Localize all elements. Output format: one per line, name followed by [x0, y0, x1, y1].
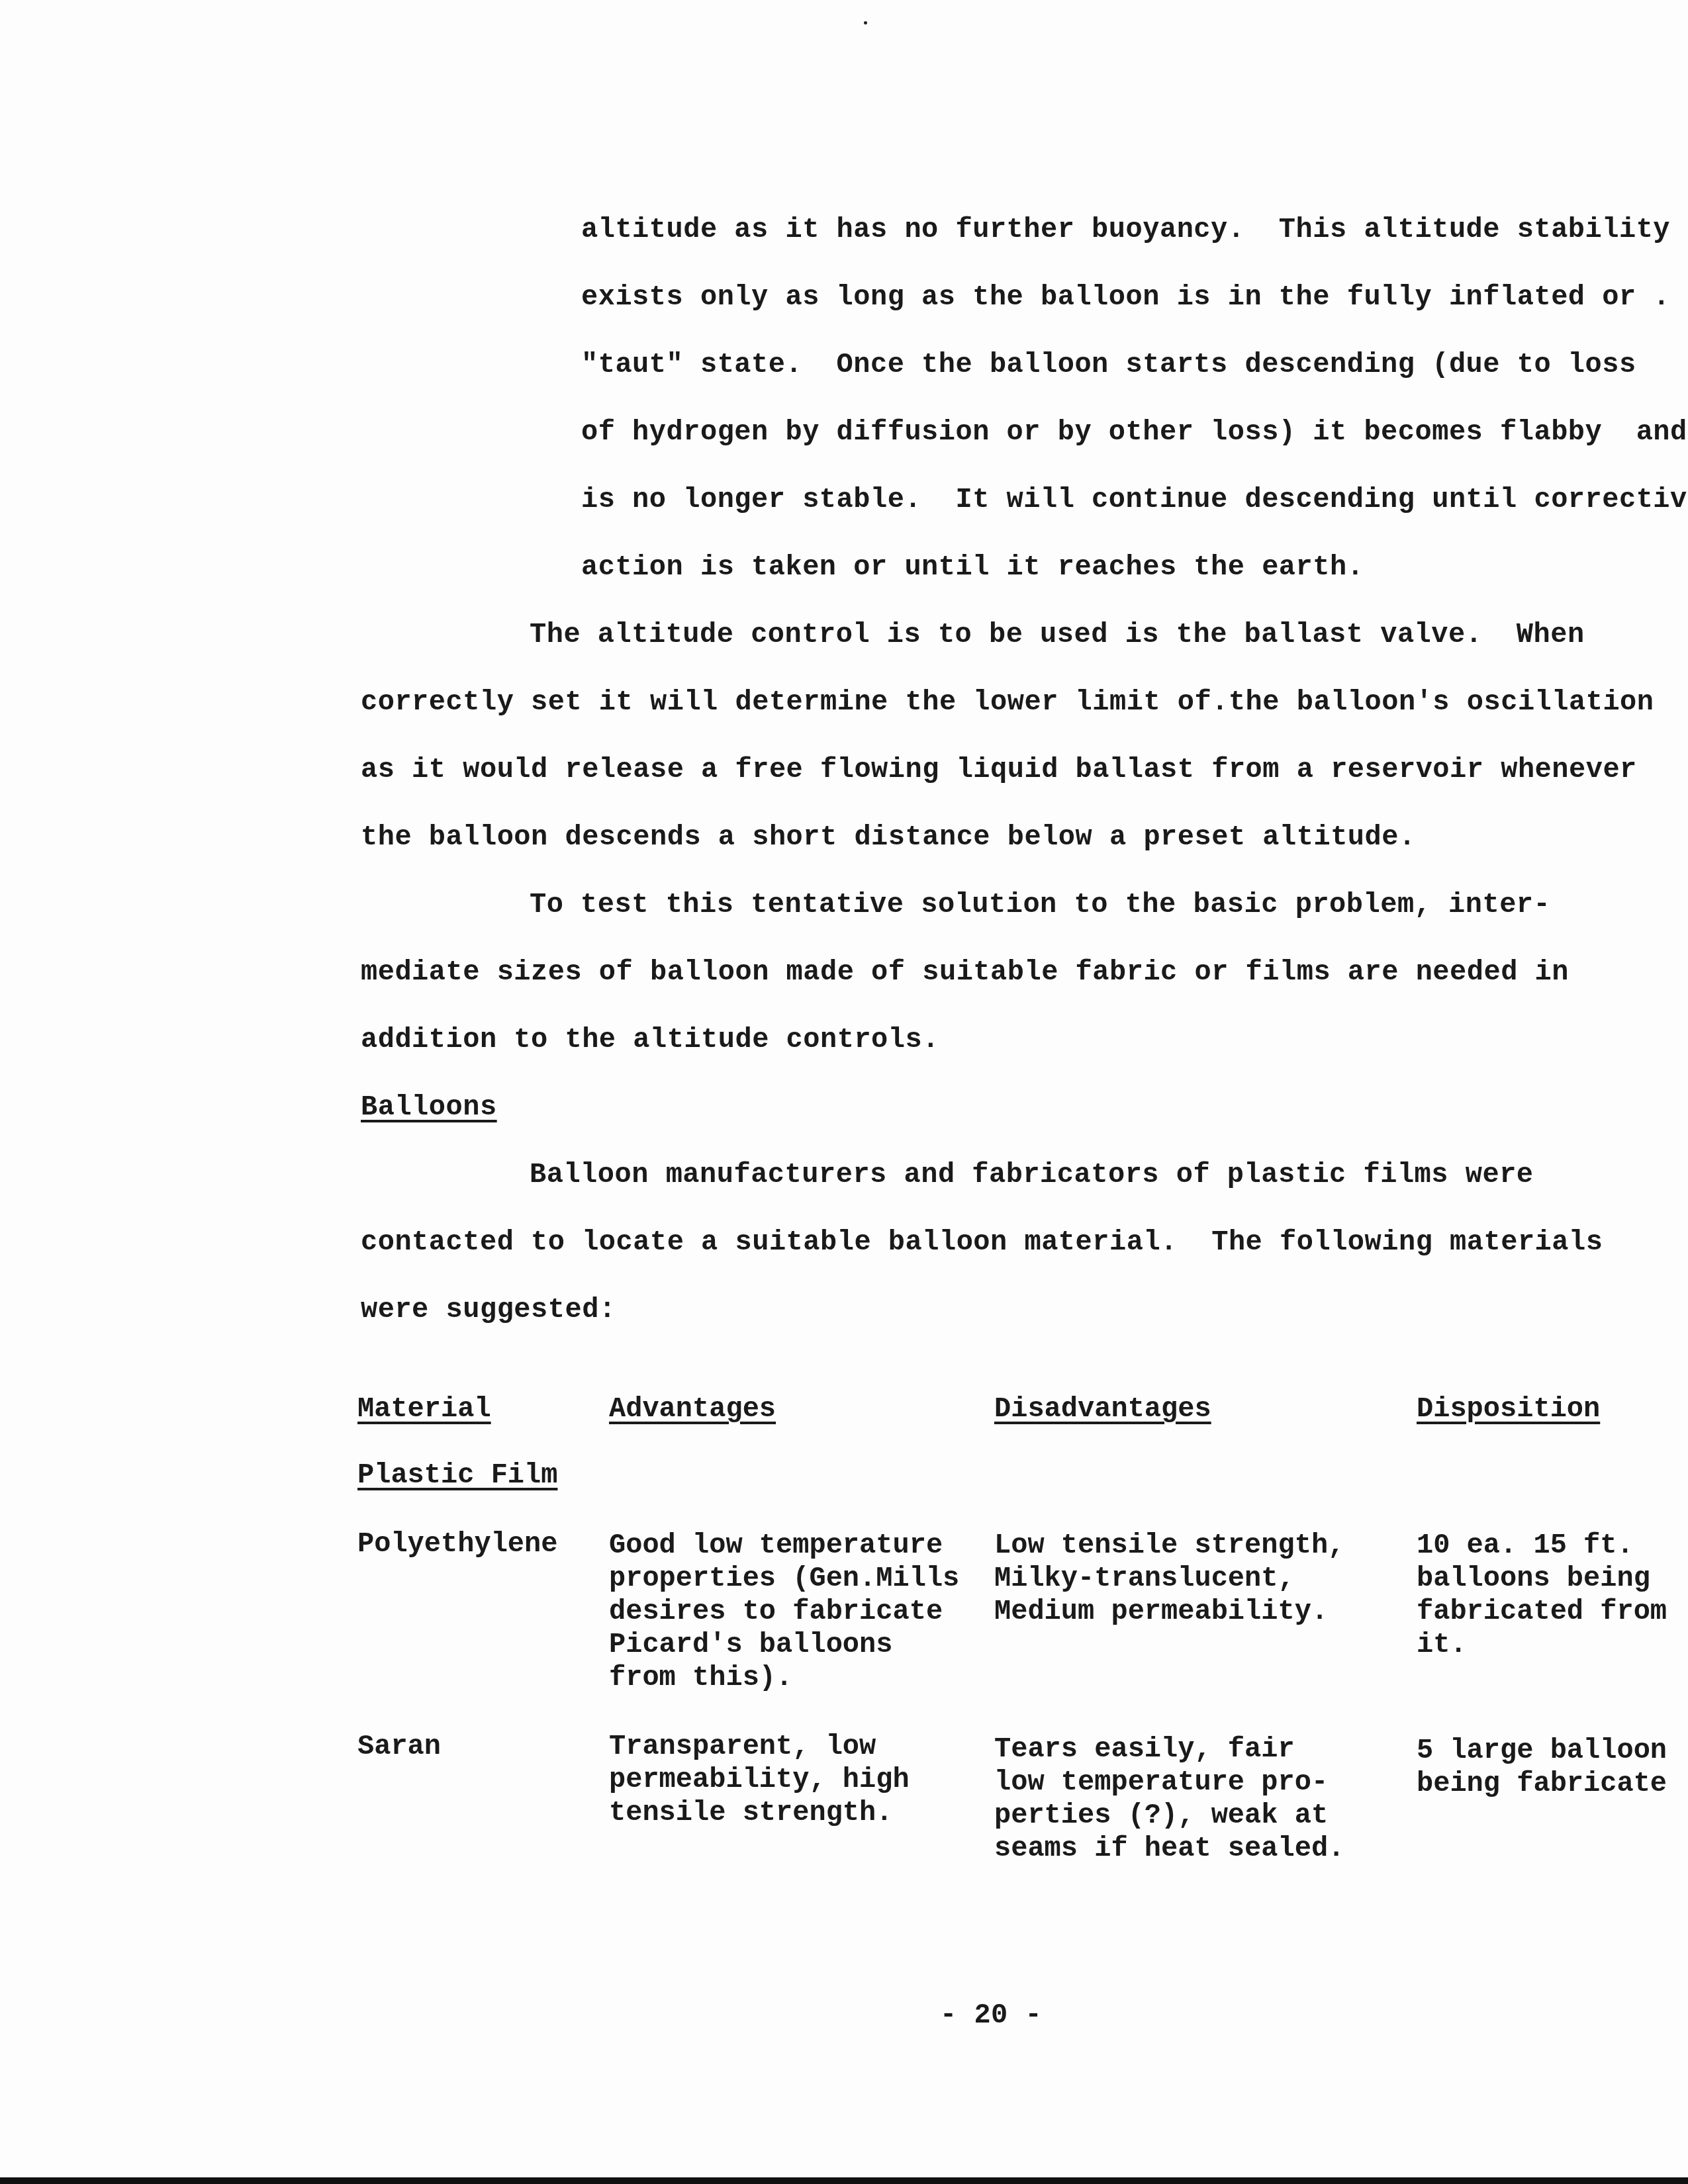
row-1-material: Polyethylene	[357, 1527, 557, 1561]
row-1-disadvantages-line-3: Medium permeability.	[994, 1595, 1328, 1628]
row-1-disposition-line-2: balloons being	[1417, 1562, 1650, 1595]
row-2-advantages-line-2: permeability, high	[609, 1763, 910, 1796]
row-2-disadvantages-line-1: Tears easily, fair	[994, 1733, 1295, 1766]
row-2-disposition-line-1: 5 large balloon	[1417, 1734, 1667, 1767]
paragraph-1-line-2: exists only as long as the balloon is in…	[581, 281, 1670, 314]
paragraph-3-line-2: mediate sizes of balloon made of suitabl…	[361, 956, 1569, 989]
paragraph-4-line-3: were suggested:	[361, 1293, 616, 1326]
table-header-material: Material	[357, 1392, 491, 1426]
scan-bottom-edge	[0, 2177, 1688, 2184]
row-1-advantages-line-3: desires to fabricate	[609, 1595, 943, 1628]
row-2-disposition-line-2: being fabricate	[1417, 1767, 1667, 1800]
paragraph-2-line-2: correctly set it will determine the lowe…	[361, 686, 1654, 719]
table-header-disposition: Disposition	[1417, 1392, 1600, 1426]
row-1-advantages-line-2: properties (Gen.Mills	[609, 1562, 959, 1595]
table-header-advantages: Advantages	[609, 1392, 776, 1426]
paragraph-1-line-1: altitude as it has no further buoyancy. …	[581, 213, 1670, 246]
row-2-disadvantages-line-4: seams if heat sealed.	[994, 1832, 1344, 1865]
paragraph-2-line-4: the balloon descends a short distance be…	[361, 821, 1416, 854]
row-1-disadvantages-line-2: Milky-translucent,	[994, 1562, 1295, 1595]
row-2-advantages-line-3: tensile strength.	[609, 1796, 892, 1829]
paragraph-1-line-3: "taut" state. Once the balloon starts de…	[581, 348, 1636, 381]
paragraph-4-line-1: Balloon manufacturers and fabricators of…	[530, 1158, 1534, 1191]
row-2-disadvantages-line-2: low temperature pro-	[994, 1766, 1328, 1799]
row-2-material: Saran	[357, 1730, 441, 1763]
paragraph-1-line-4: of hydrogen by diffusion or by other los…	[581, 416, 1687, 449]
table-group-plastic-film: Plastic Film	[357, 1459, 557, 1492]
paragraph-1-line-6: action is taken or until it reaches the …	[581, 551, 1364, 584]
section-heading-balloons: Balloons	[361, 1091, 497, 1124]
row-1-advantages-line-5: from this).	[609, 1661, 792, 1694]
row-1-disadvantages-line-1: Low tensile strength,	[994, 1529, 1344, 1562]
document-page: altitude as it has no further buoyancy. …	[0, 0, 1688, 2184]
paragraph-1-line-5: is no longer stable. It will continue de…	[581, 483, 1688, 516]
row-1-advantages-line-1: Good low temperature	[609, 1529, 943, 1562]
scan-speck	[864, 21, 867, 24]
row-1-advantages-line-4: Picard's balloons	[609, 1628, 892, 1661]
paragraph-4-line-2: contacted to locate a suitable balloon m…	[361, 1226, 1603, 1259]
row-1-disposition-line-4: it.	[1417, 1628, 1467, 1661]
row-2-advantages-line-1: Transparent, low	[609, 1730, 876, 1763]
row-1-disposition-line-3: fabricated from	[1417, 1595, 1667, 1628]
page-number: - 20 -	[940, 1999, 1042, 2032]
row-1-disposition-line-1: 10 ea. 15 ft.	[1417, 1529, 1634, 1562]
table-header-disadvantages: Disadvantages	[994, 1392, 1211, 1426]
paragraph-2-line-3: as it would release a free flowing liqui…	[361, 753, 1637, 786]
paragraph-3-line-3: addition to the altitude controls.	[361, 1023, 939, 1056]
paragraph-2-line-1: The altitude control is to be used is th…	[530, 618, 1585, 651]
paragraph-3-line-1: To test this tentative solution to the b…	[530, 888, 1550, 921]
row-2-disadvantages-line-3: perties (?), weak at	[994, 1799, 1328, 1832]
